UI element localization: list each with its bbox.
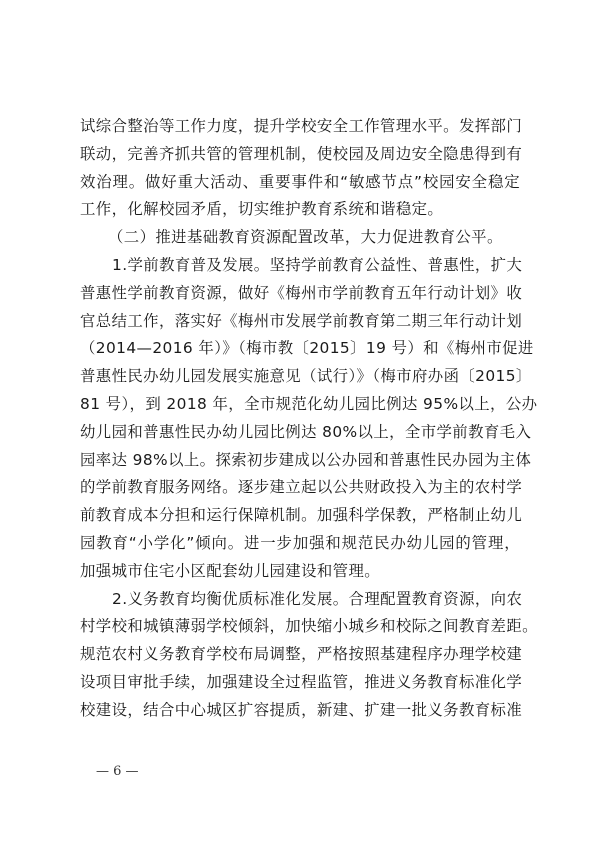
paragraph-continuation: 试综合整治等工作力度，提升学校安全工作管理水平。发挥部门 联动，完善齐抓共管的管… xyxy=(80,113,520,224)
text-line: 设项目审批手续，加强建设全过程监管，推进义务教育标准化学 xyxy=(80,669,520,697)
heading-line: （二）推进基础教育资源配置改革，大力促进教育公平。 xyxy=(80,224,520,252)
text-line: 规范农村义务教育学校布局调整，严格按照基建程序办理学校建 xyxy=(80,641,520,669)
text-line: 效治理。做好重大活动、重要事件和“敏感节点”校园安全稳定 xyxy=(80,169,520,197)
text-line: 普惠性学前教育资源，做好《梅州市学前教育五年行动计划》收 xyxy=(80,280,520,308)
text-line: 工作，化解校园矛盾，切实维护教育系统和谐稳定。 xyxy=(80,196,520,224)
text-line: 81 号），到 2018 年，全市规范化幼儿园比例达 95%以上，公办 xyxy=(80,391,520,419)
text-line: 园率达 98%以上。探索初步建成以公办园和普惠性民办园为主体 xyxy=(80,447,520,475)
text-line: 2.义务教育均衡优质标准化发展。合理配置教育资源，向农 xyxy=(80,586,520,614)
text-line: 试综合整治等工作力度，提升学校安全工作管理水平。发挥部门 xyxy=(80,113,520,141)
text-line: 园教育“小学化”倾向。进一步加强和规范民办幼儿园的管理， xyxy=(80,530,520,558)
text-line: 1.学前教育普及发展。坚持学前教育公益性、普惠性，扩大 xyxy=(80,252,520,280)
text-line: 校建设，结合中心城区扩容提质，新建、扩建一批义务教育标准 xyxy=(80,697,520,725)
section-heading: （二）推进基础教育资源配置改革，大力促进教育公平。 xyxy=(80,224,520,252)
text-line: 加强城市住宅小区配套幼儿园建设和管理。 xyxy=(80,558,520,586)
text-line: 官总结工作，落实好《梅州市发展学前教育第二期三年行动计划 xyxy=(80,308,520,336)
text-line: 联动，完善齐抓共管的管理机制，使校园及周边安全隐患得到有 xyxy=(80,141,520,169)
paragraph-preschool: 1.学前教育普及发展。坚持学前教育公益性、普惠性，扩大 普惠性学前教育资源，做好… xyxy=(80,252,520,586)
paragraph-compulsory-education: 2.义务教育均衡优质标准化发展。合理配置教育资源，向农 村学校和城镇薄弱学校倾斜… xyxy=(80,586,520,725)
document-page: 试综合整治等工作力度，提升学校安全工作管理水平。发挥部门 联动，完善齐抓共管的管… xyxy=(0,0,595,842)
page-number: — 6 — xyxy=(96,764,139,779)
document-body: 试综合整治等工作力度，提升学校安全工作管理水平。发挥部门 联动，完善齐抓共管的管… xyxy=(80,113,520,725)
text-line: 幼儿园和普惠性民办幼儿园比例达 80%以上，全市学前教育毛入 xyxy=(80,419,520,447)
text-line: 普惠性民办幼儿园发展实施意见（试行）》（梅市府办函〔2015〕 xyxy=(80,363,520,391)
text-line: 的学前教育服务网络。逐步建立起以公共财政投入为主的农村学 xyxy=(80,474,520,502)
text-line: （2014—2016 年）》（梅市教〔2015〕19 号）和《梅州市促进 xyxy=(80,335,520,363)
text-line: 前教育成本分担和运行保障机制。加强科学保教，严格制止幼儿 xyxy=(80,502,520,530)
text-line: 村学校和城镇薄弱学校倾斜，加快缩小城乡和校际之间教育差距。 xyxy=(80,613,520,641)
